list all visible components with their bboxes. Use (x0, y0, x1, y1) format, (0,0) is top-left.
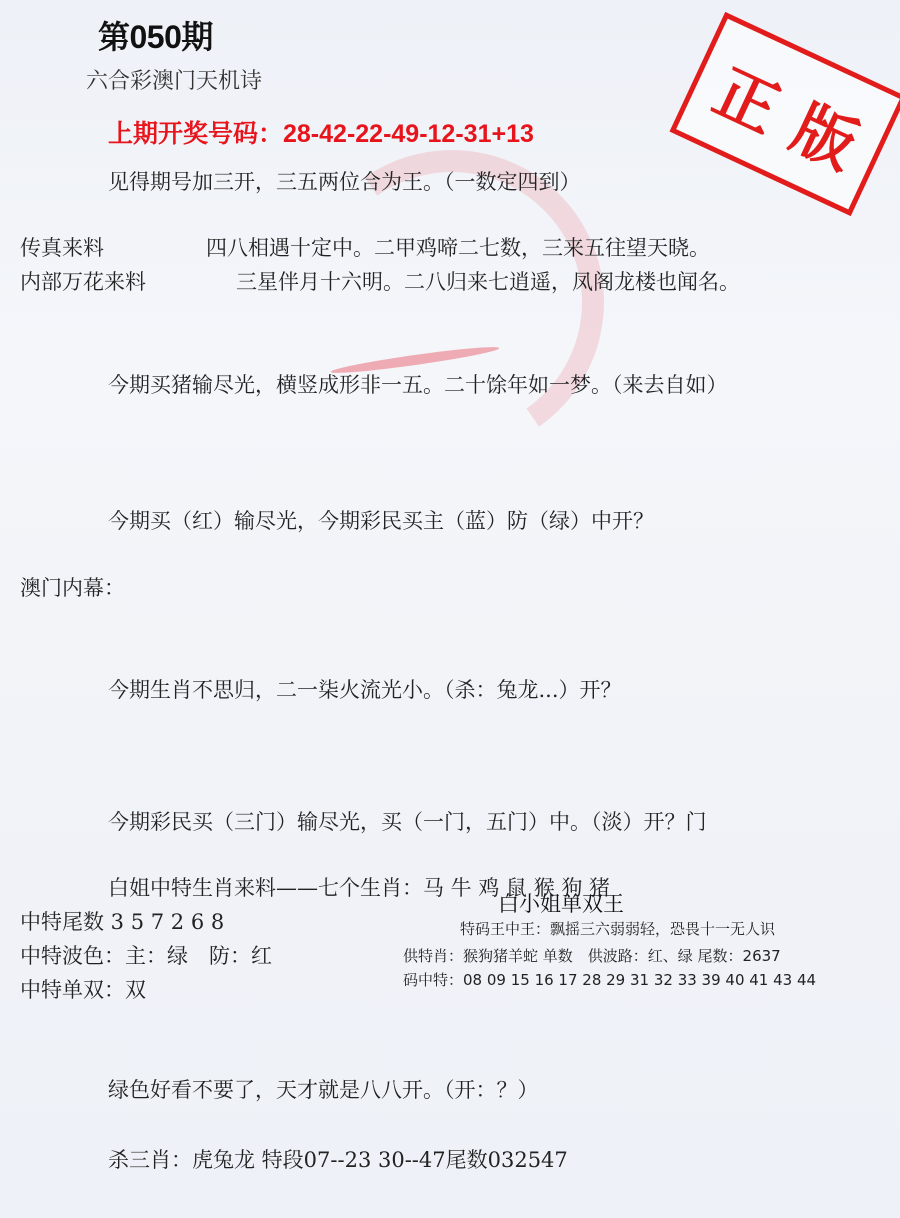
macau-label: 澳门内幕： (20, 572, 125, 602)
info-box-line-1: 特码王中王：飘摇三六弱弱轻，恐畏十一无人识 (460, 918, 775, 939)
poem-line: 见得期号加三开，三五两位合为王。（一数定四到） (108, 166, 581, 196)
tail-numbers: 中特尾数 3 5 7 2 6 8 (20, 906, 224, 936)
subtitle: 六合彩澳门天机诗 (86, 64, 262, 95)
issue-title: 第050期 (98, 12, 213, 58)
fax-text: 四八相遇十定中。二甲鸡啼二七数，三来五往望天晓。 (206, 232, 710, 262)
authentic-stamp: 正 版 (669, 12, 900, 216)
internal-text: 三星伴月十六明。二八归来七逍遥，凤阁龙楼也闻名。 (236, 266, 740, 296)
kill-line: 杀三肖：虎兔龙 特段07--23 30--47尾数032547 (108, 1144, 568, 1174)
odd-even: 中特单双：双 (20, 974, 146, 1004)
last-draw-numbers: 上期开奖号码：28-42-22-49-12-31+13 (108, 114, 534, 150)
stamp-char-1: 正 (702, 42, 796, 149)
color-line: 今期买（红）输尽光，今期彩民买主（蓝）防（绿）中开？ (108, 505, 654, 535)
green-line: 绿色好看不要了，天才就是八八开。（开：？） (108, 1074, 539, 1104)
wave-color: 中特波色：主：绿 防：红 (20, 940, 272, 970)
info-box-line-3: 码中特：08 09 15 16 17 28 29 31 32 33 39 40 … (403, 969, 816, 990)
internal-label: 内部万花来料 (20, 266, 146, 296)
door-line: 今期彩民买（三门）输尽光，买（一门，五门）中。（淡）开？门 (108, 806, 707, 836)
zodiac-line: 今期生肖不思归，二一柒火流光小。（杀：兔龙...）开？ (108, 674, 622, 704)
pig-line: 今期买猪输尽光，横竖成形非一五。二十馀年如一梦。（来去自如） (108, 369, 728, 399)
stamp-char-2: 版 (780, 79, 874, 186)
info-box-title: 白小姐单双王 (498, 888, 624, 918)
fax-label: 传真来料 (20, 232, 104, 262)
info-box-line-2: 供特肖：猴狗猪羊蛇 单数 供波路：红、绿 尾数：2637 (403, 945, 781, 966)
